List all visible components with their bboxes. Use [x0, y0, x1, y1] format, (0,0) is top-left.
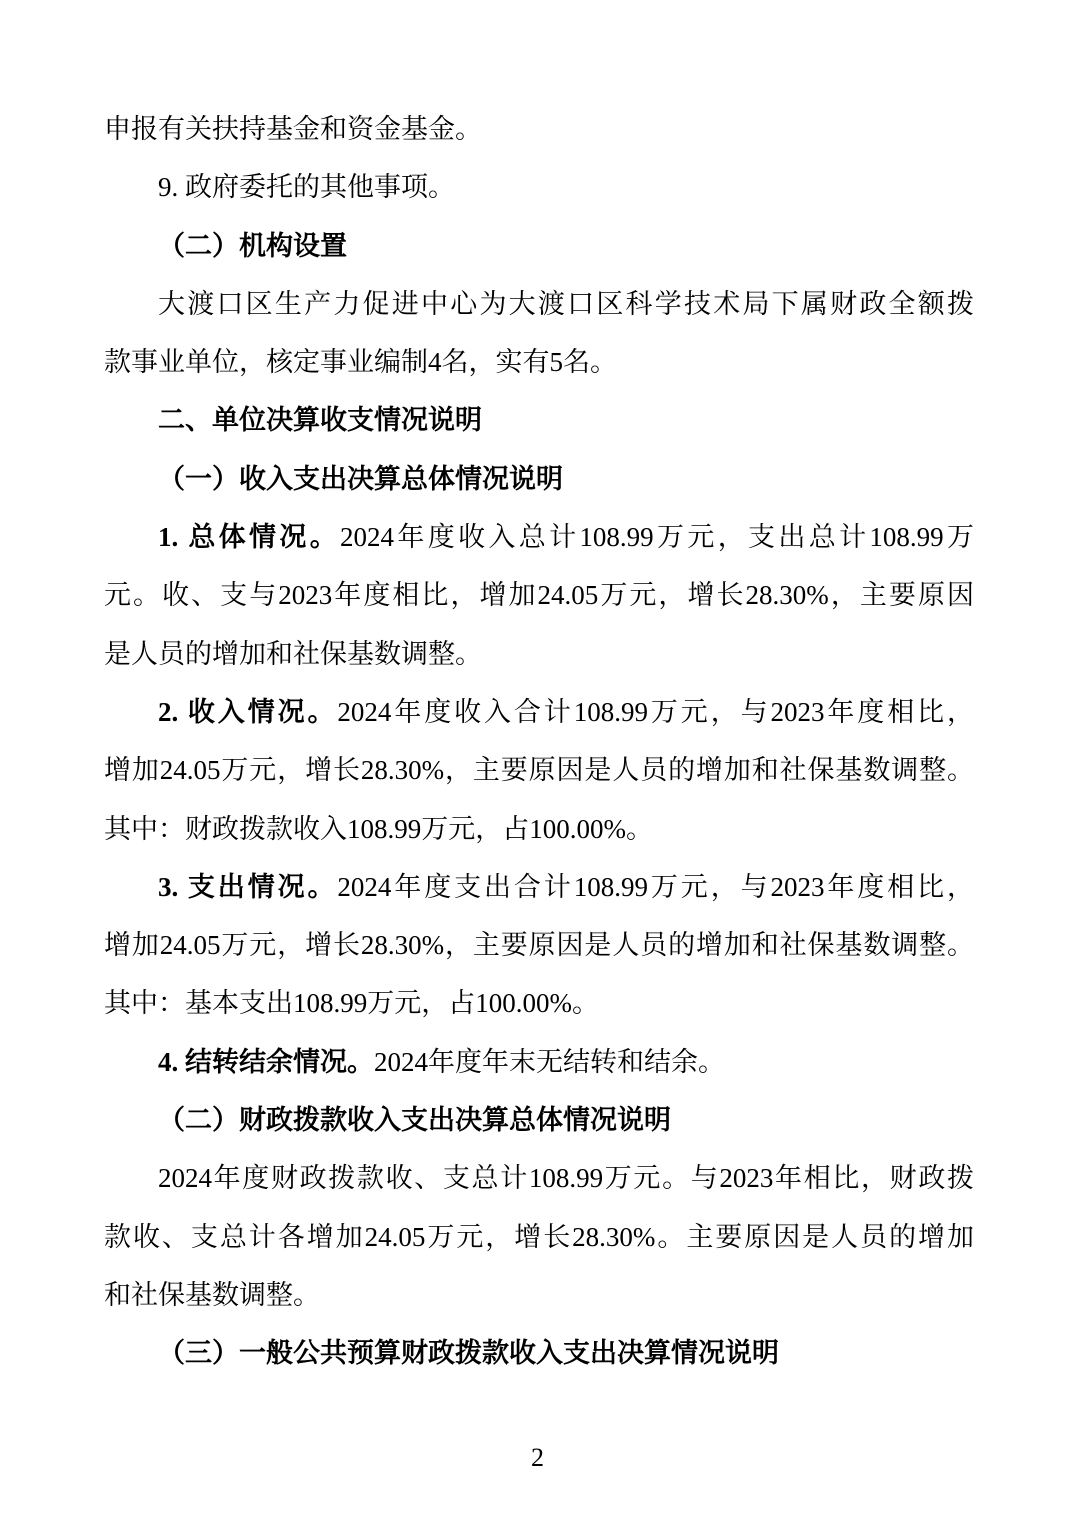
document-text: 其中：财政拨款收入108.99万元，占100.00%。	[104, 814, 653, 844]
document-text-bold: （二）机构设置	[158, 231, 347, 261]
document-page: 申报有关扶持基金和资金基金。9. 政府委托的其他事项。（二）机构设置大渡口区生产…	[0, 0, 1075, 1520]
document-text: 申报有关扶持基金和资金基金。	[104, 114, 482, 144]
document-line: 3. 支出情况。2024年度支出合计108.99万元，与2023年度相比，	[104, 858, 974, 916]
document-text-bold: 1. 总体情况。	[158, 522, 340, 552]
document-text: 增加24.05万元，增长28.30%，主要原因是人员的增加和社保基数调整。	[104, 755, 974, 785]
document-line: 1. 总体情况。2024年度收入总计108.99万元，支出总计108.99万	[104, 508, 974, 566]
document-text: 2024年度收入总计108.99万元，支出总计108.99万	[340, 522, 974, 552]
document-text-bold: （二）财政拨款收入支出决算总体情况说明	[158, 1105, 671, 1135]
document-line: 款收、支总计各增加24.05万元，增长28.30%。主要原因是人员的增加	[104, 1208, 974, 1266]
document-text: 2024年度支出合计108.99万元，与2023年度相比，	[337, 872, 974, 902]
document-text-bold: 4. 结转结余情况。	[158, 1047, 374, 1077]
document-line: （二）财政拨款收入支出决算总体情况说明	[104, 1091, 974, 1149]
document-line: 申报有关扶持基金和资金基金。	[104, 100, 974, 158]
document-text: 2024年度财政拨款收、支总计108.99万元。与2023年相比，财政拨	[158, 1163, 974, 1193]
page-number: 2	[531, 1443, 544, 1472]
document-line: 增加24.05万元，增长28.30%，主要原因是人员的增加和社保基数调整。	[104, 741, 974, 799]
document-text-bold: 3. 支出情况。	[158, 872, 337, 902]
document-line: 增加24.05万元，增长28.30%，主要原因是人员的增加和社保基数调整。	[104, 916, 974, 974]
document-text-bold: （三）一般公共预算财政拨款收入支出决算情况说明	[158, 1338, 779, 1368]
page-footer: 2	[0, 1438, 1075, 1478]
document-line: 大渡口区生产力促进中心为大渡口区科学技术局下属财政全额拨	[104, 275, 974, 333]
document-line: 和社保基数调整。	[104, 1266, 974, 1324]
document-text: 款收、支总计各增加24.05万元，增长28.30%。主要原因是人员的增加	[104, 1222, 974, 1252]
document-line: 其中：基本支出108.99万元，占100.00%。	[104, 974, 974, 1032]
document-text: 9. 政府委托的其他事项。	[158, 172, 455, 202]
document-text: 是人员的增加和社保基数调整。	[104, 639, 482, 669]
document-text: 增加24.05万元，增长28.30%，主要原因是人员的增加和社保基数调整。	[104, 930, 974, 960]
document-line: 款事业单位，核定事业编制4名，实有5名。	[104, 333, 974, 391]
document-text: 2024年度收入合计108.99万元，与2023年度相比，	[337, 697, 974, 727]
document-body: 申报有关扶持基金和资金基金。9. 政府委托的其他事项。（二）机构设置大渡口区生产…	[104, 100, 974, 1383]
document-line: 2024年度财政拨款收、支总计108.99万元。与2023年相比，财政拨	[104, 1149, 974, 1207]
document-text: 款事业单位，核定事业编制4名，实有5名。	[104, 347, 617, 377]
document-line: 4. 结转结余情况。2024年度年末无结转和结余。	[104, 1033, 974, 1091]
document-line: （二）机构设置	[104, 217, 974, 275]
document-text: 2024年度年末无结转和结余。	[374, 1047, 725, 1077]
document-line: 9. 政府委托的其他事项。	[104, 158, 974, 216]
document-text: 和社保基数调整。	[104, 1280, 320, 1310]
document-line: 是人员的增加和社保基数调整。	[104, 625, 974, 683]
document-line: 其中：财政拨款收入108.99万元，占100.00%。	[104, 800, 974, 858]
document-line: 二、单位决算收支情况说明	[104, 391, 974, 449]
document-text: 大渡口区生产力促进中心为大渡口区科学技术局下属财政全额拨	[158, 289, 974, 319]
document-text-bold: （一）收入支出决算总体情况说明	[158, 464, 563, 494]
document-line: 2. 收入情况。2024年度收入合计108.99万元，与2023年度相比，	[104, 683, 974, 741]
document-text: 元。收、支与2023年度相比，增加24.05万元，增长28.30%，主要原因	[104, 580, 974, 610]
document-text: 其中：基本支出108.99万元，占100.00%。	[104, 988, 599, 1018]
document-line: （三）一般公共预算财政拨款收入支出决算情况说明	[104, 1324, 974, 1382]
document-text-bold: 2. 收入情况。	[158, 697, 337, 727]
document-text-bold: 二、单位决算收支情况说明	[158, 405, 482, 435]
document-line: （一）收入支出决算总体情况说明	[104, 450, 974, 508]
document-line: 元。收、支与2023年度相比，增加24.05万元，增长28.30%，主要原因	[104, 566, 974, 624]
